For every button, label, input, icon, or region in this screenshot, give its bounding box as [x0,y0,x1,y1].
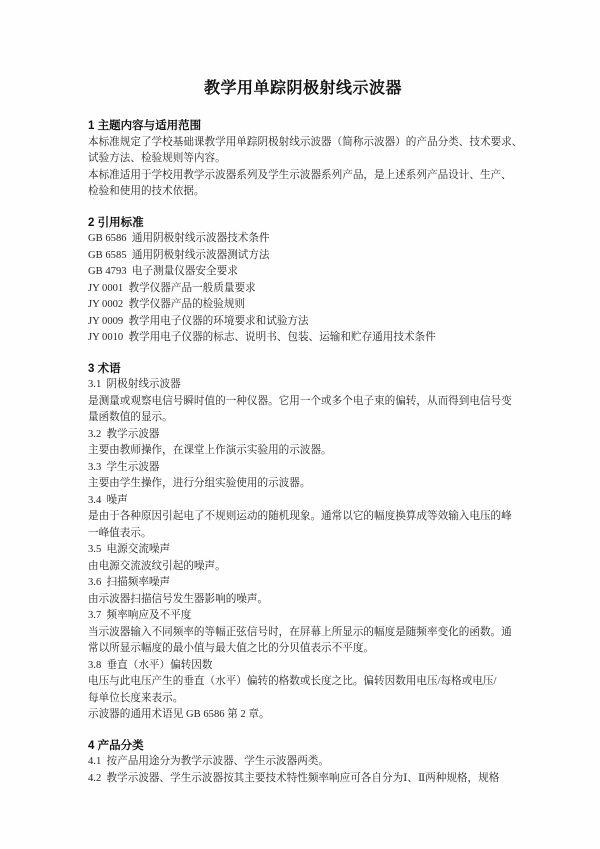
text-line: 3.5 电源交流噪声 [88,542,518,559]
text-line: 一峰值表示。 [88,526,518,543]
document-body: 1 主题内容与适用范围本标准规定了学校基础课教学用单踪阴极射线示波器（简称示波器… [88,118,518,787]
section-heading: 4 产品分类 [88,738,518,755]
document-content: 教学用单踪阴极射线示波器 1 主题内容与适用范围本标准规定了学校基础课教学用单踪… [88,78,518,787]
text-line: 电压与此电压产生的垂直（水平）偏转的格数或长度之比。偏转因数用电压/每格或电压/ [88,674,518,691]
text-line: 常以所显示幅度的最小值与最大值之比的分贝值表示不平度。 [88,641,518,658]
text-line: 主要由学生操作，进行分组实验使用的示波器。 [88,476,518,493]
section-1: 1 主题内容与适用范围本标准规定了学校基础课教学用单踪阴极射线示波器（简称示波器… [88,118,518,201]
text-line: 3.2 教学示波器 [88,427,518,444]
section-heading: 1 主题内容与适用范围 [88,118,518,135]
text-line: 3.7 频率响应及不平度 [88,608,518,625]
text-line: GB 6586 通用阴极射线示波器技术条件 [88,231,518,248]
text-line: JY 0009 教学用电子仪器的环境要求和试验方法 [88,314,518,331]
text-line: GB 6585 通用阴极射线示波器测试方法 [88,248,518,265]
text-line: 本标准规定了学校基础课教学用单踪阴极射线示波器（简称示波器）的产品分类、技术要求… [88,135,518,152]
section-heading: 2 引用标准 [88,215,518,232]
text-line: 每单位长度来表示。 [88,691,518,708]
text-line: JY 0001 教学仪器产品一般质量要求 [88,281,518,298]
text-line: 3.3 学生示波器 [88,460,518,477]
text-line: 当示波器输入不同频率的等幅正弦信号时，在屏幕上所显示的幅度是随频率变化的函数。通 [88,625,518,642]
document-title: 教学用单踪阴极射线示波器 [88,78,518,100]
text-line: 由示波器扫描信号发生器影响的噪声。 [88,592,518,609]
text-line: 试验方法、检验规则等内容。 [88,151,518,168]
text-line: 是由于各种原因引起电了不规则运动的随机现象。通常以它的幅度换算成等效输入电压的峰 [88,509,518,526]
section-4: 4 产品分类4.1 按产品用途分为教学示波器、学生示波器两类。4.2 教学示波器… [88,738,518,788]
text-line: 量函数值的显示。 [88,410,518,427]
text-line: 本标准适用于学校用教学示波器系列及学生示波器系列产品，是上述系列产品设计、生产、 [88,168,518,185]
text-line: 4.2 教学示波器、学生示波器按其主要技术特性频率响应可各自分为Ⅰ、Ⅱ两种规格，… [88,771,518,788]
text-line: JY 0002 教学仪器产品的检验规则 [88,297,518,314]
section-3: 3 术语3.1 阴极射线示波器是测量或观察电信号瞬时值的一种仪器。它用一个或多个… [88,361,518,724]
text-line: 4.1 按产品用途分为教学示波器、学生示波器两类。 [88,754,518,771]
section-heading: 3 术语 [88,361,518,378]
text-line: 示波器的通用术语见 GB 6586 第 2 章。 [88,707,518,724]
text-line: 3.4 噪声 [88,493,518,510]
section-2: 2 引用标准GB 6586 通用阴极射线示波器技术条件GB 6585 通用阴极射… [88,215,518,347]
document-page: 教学用单踪阴极射线示波器 1 主题内容与适用范围本标准规定了学校基础课教学用单踪… [0,0,600,849]
text-line: 3.6 扫描频率噪声 [88,575,518,592]
text-line: 检验和使用的技术依据。 [88,184,518,201]
text-line: 3.8 垂直（水平）偏转因数 [88,658,518,675]
text-line: 由电源交流波纹引起的噪声。 [88,559,518,576]
text-line: 3.1 阴极射线示波器 [88,377,518,394]
text-line: 是测量或观察电信号瞬时值的一种仪器。它用一个或多个电子束的偏转，从而得到电信号变 [88,394,518,411]
text-line: GB 4793 电子测量仪器安全要求 [88,264,518,281]
text-line: 主要由教师操作，在课堂上作演示实验用的示波器。 [88,443,518,460]
text-line: JY 0010 教学用电子仪器的标志、说明书、包装、运输和贮存通用技术条件 [88,330,518,347]
